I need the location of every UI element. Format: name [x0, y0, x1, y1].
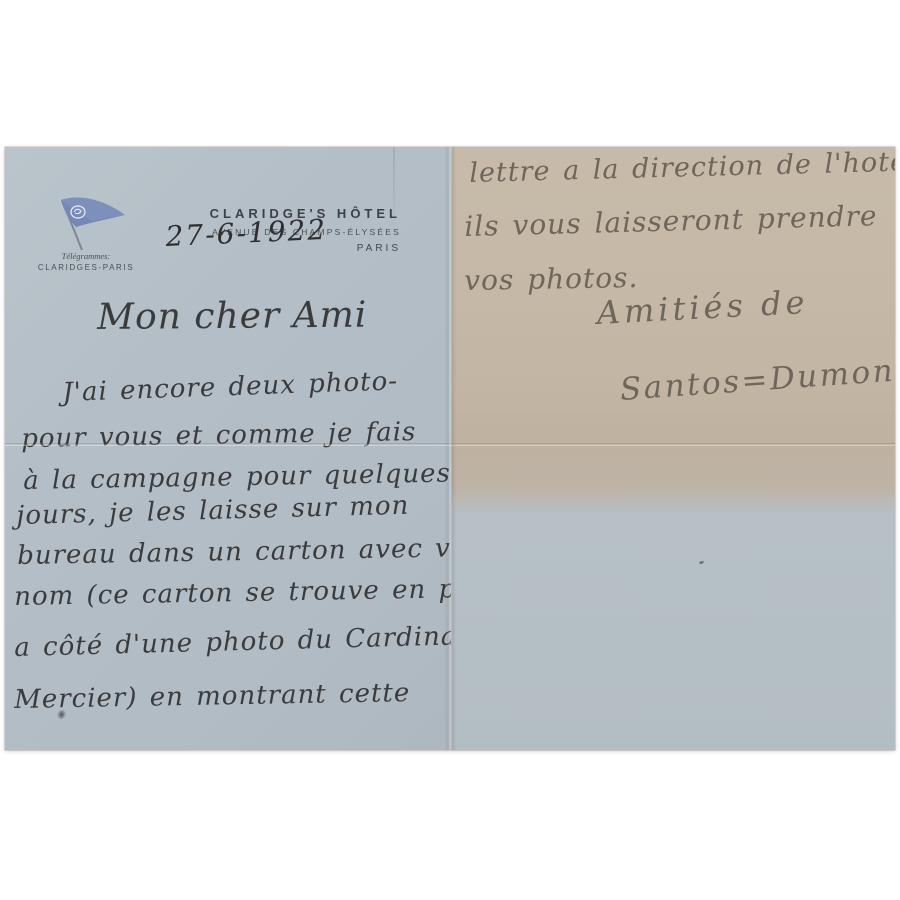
telegram-label: Télégrammes:: [33, 251, 139, 261]
letter-date: 27-6-1922: [165, 216, 328, 251]
handwritten-line: à la campagne pour quelques: [23, 461, 451, 494]
handwritten-line: bureau dans un carton avec votre: [17, 534, 451, 569]
letter-photo: Télégrammes: CLARIDGES-PARIS CLARIDGE'S …: [5, 147, 895, 750]
page-right: lettre a la direction de l'hotel ils vou…: [451, 147, 895, 750]
telegram-address: CLARIDGES-PARIS: [33, 263, 139, 272]
burgee-flag-icon: [51, 193, 131, 255]
closing: Amitiés de: [596, 286, 809, 329]
telegram-block: Télégrammes: CLARIDGES-PARIS: [33, 251, 139, 272]
handwritten-line: J'ai encore deux photo-: [62, 368, 398, 406]
handwritten-line: nom (ce carton se trouve en place: [14, 575, 451, 610]
handwritten-line: Mercier) en montrant cette: [14, 680, 410, 713]
handwritten-line: pour vous et comme je fais: [21, 419, 417, 452]
handwritten-line: jours, je les laisse sur mon: [16, 493, 410, 529]
paper-speck: [699, 560, 705, 564]
fold-seam-vertical: [444, 147, 456, 750]
handwritten-line: vos photos.: [464, 264, 639, 295]
page-left: Télégrammes: CLARIDGES-PARIS CLARIDGE'S …: [5, 147, 451, 750]
handwritten-line: a côté d'une photo du Cardinal: [14, 623, 451, 661]
faint-crease: [393, 147, 395, 242]
salutation: Mon cher Ami: [97, 298, 367, 336]
